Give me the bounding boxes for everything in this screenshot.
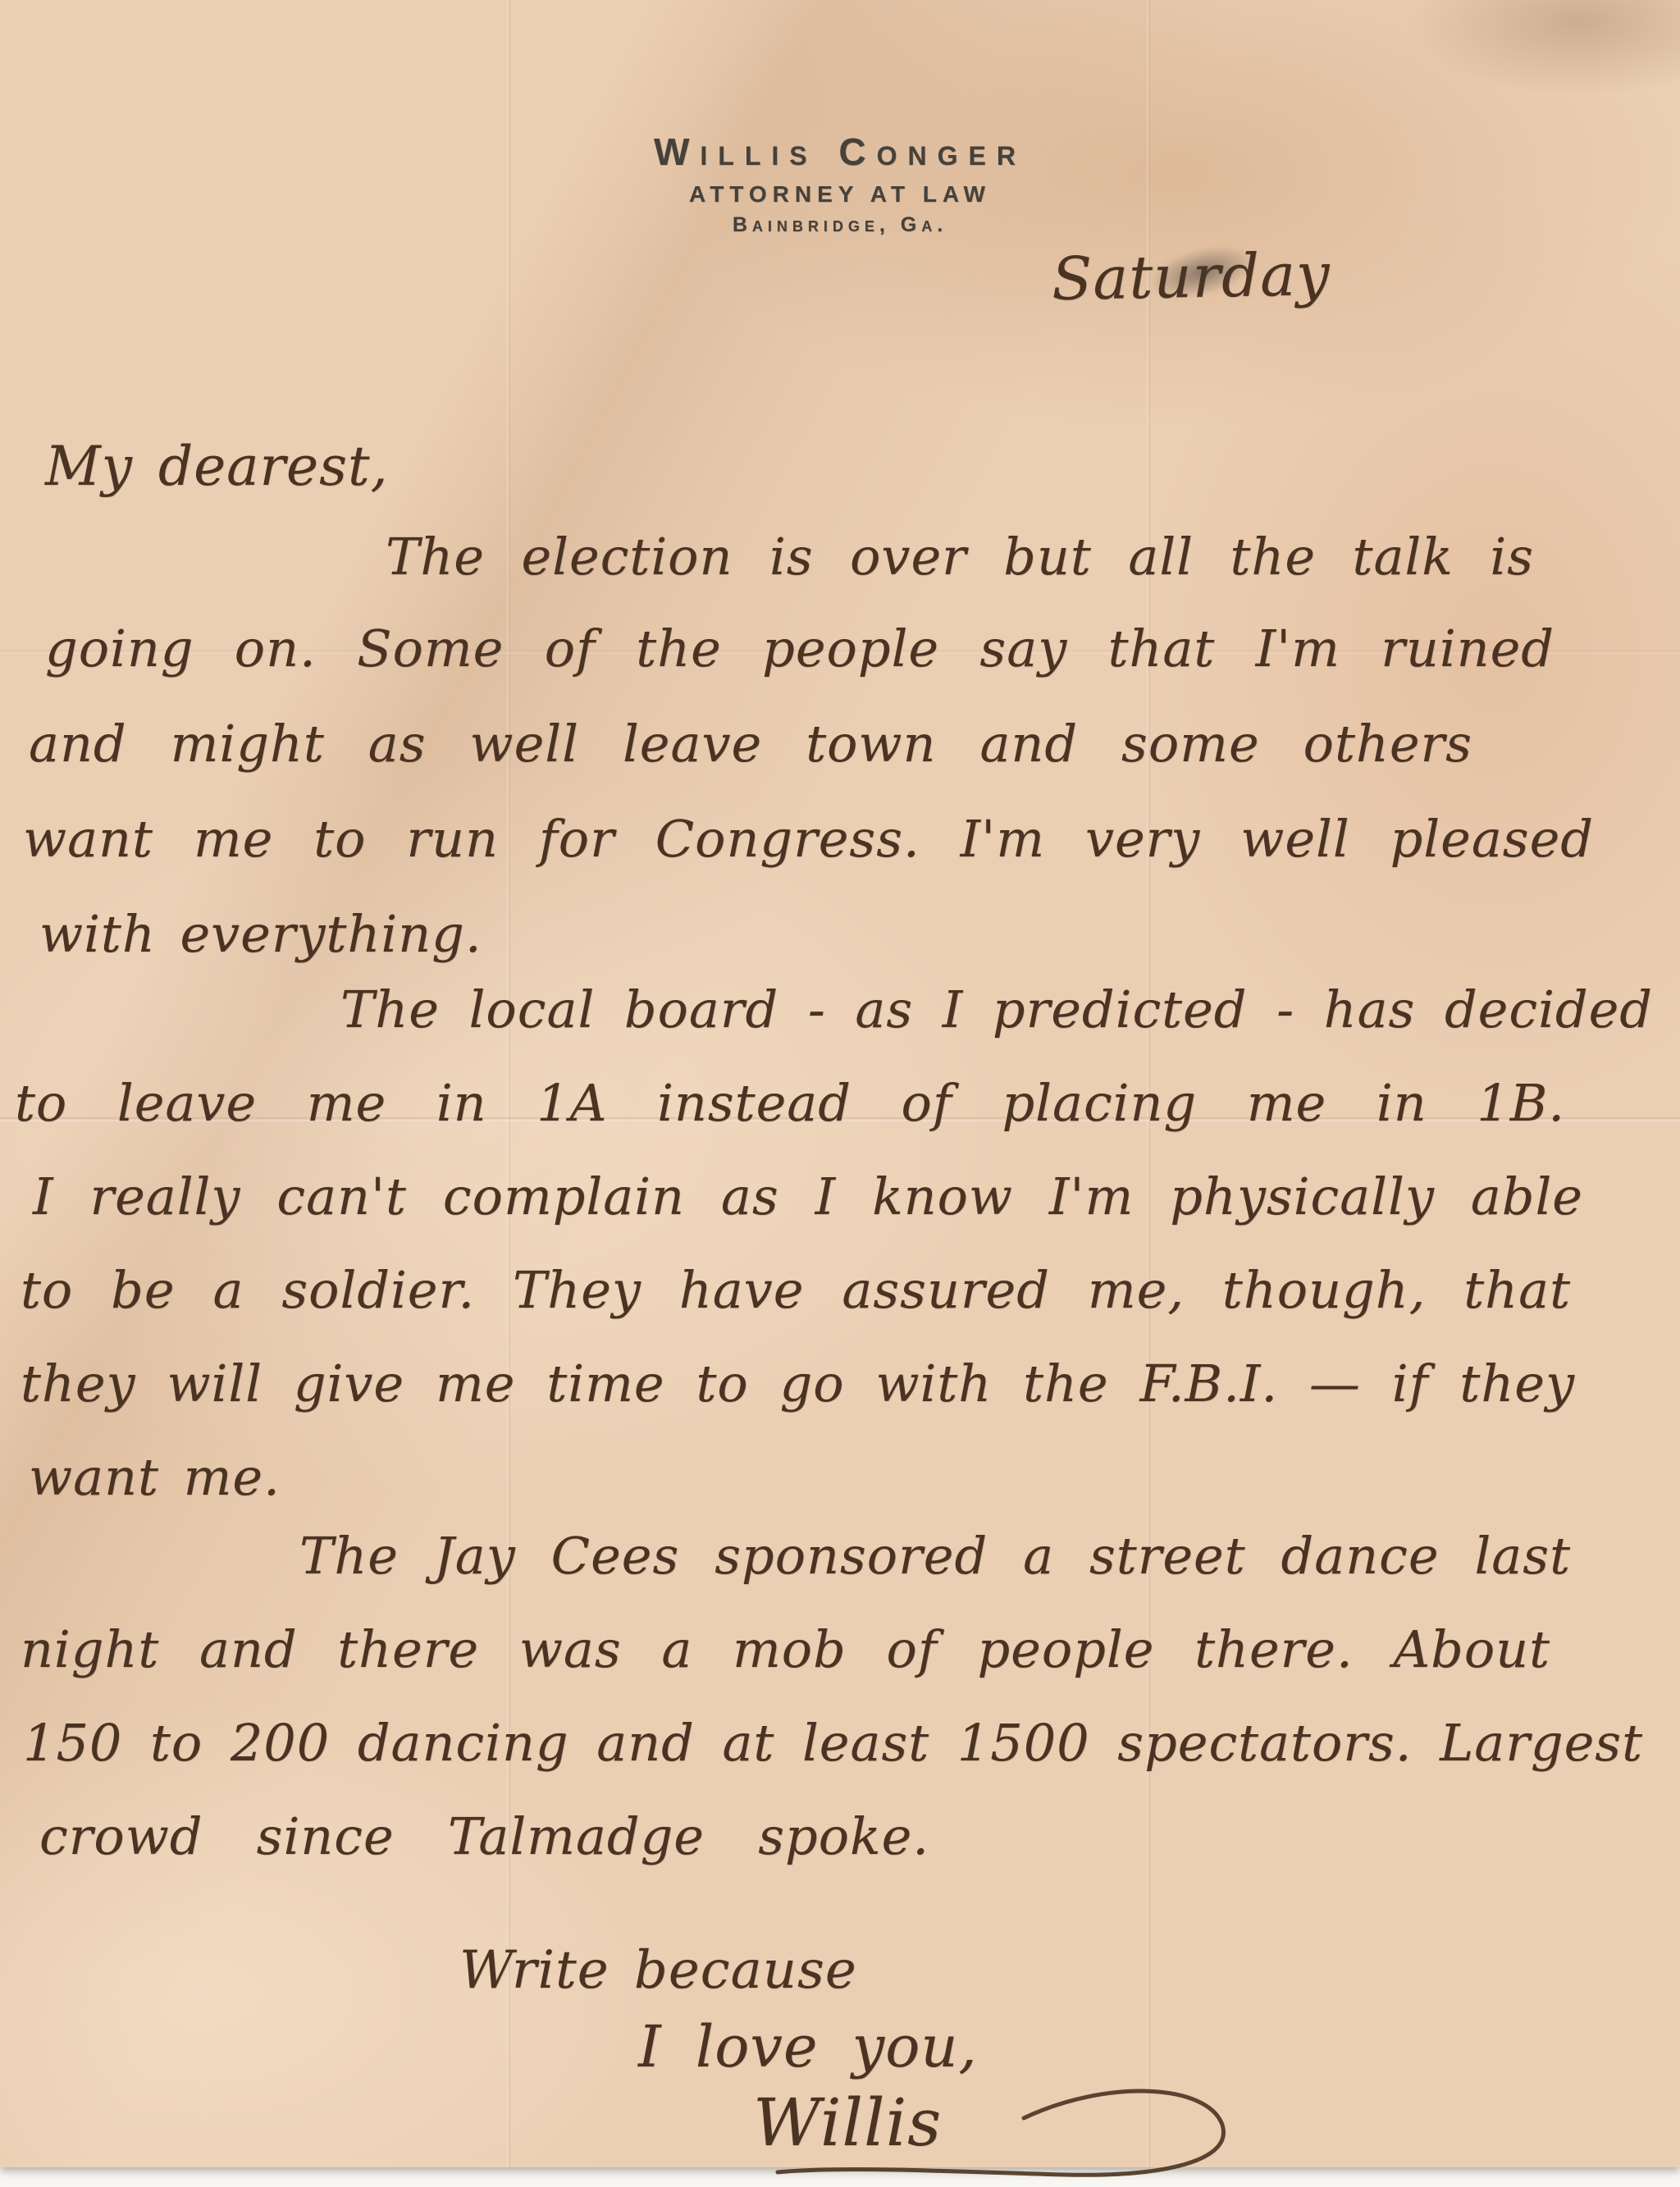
body-line-5: with everything.: [39, 902, 482, 966]
signature-flourish: [722, 2067, 1280, 2187]
body-line-8: I really can't complain as I know I'm ph…: [33, 1165, 1583, 1229]
letterhead: Willis Conger Attorney at Law Bainbridge…: [0, 130, 1680, 237]
body-line-1: The election is over but all the talk is: [386, 525, 1534, 589]
scanned-letter: Willis Conger Attorney at Law Bainbridge…: [0, 0, 1680, 2187]
body-line-14: 150 to 200 dancing and at least 1500 spe…: [23, 1711, 1643, 1775]
body-line-4: want me to run for Congress. I'm very we…: [23, 807, 1594, 871]
body-line-10: they will give me time to go with the F.…: [21, 1352, 1575, 1416]
letterhead-name: Willis Conger: [0, 130, 1680, 174]
letterhead-title: Attorney at Law: [0, 181, 1680, 208]
letterhead-city: Bainbridge, Ga.: [0, 213, 1680, 237]
closing-line-write: Write because: [459, 1938, 857, 2003]
salutation: My dearest,: [45, 433, 388, 501]
body-line-15: crowd since Talmadge spoke.: [39, 1805, 929, 1869]
body-line-2: going on. Some of the people say that I'…: [45, 617, 1554, 681]
body-line-7: to leave me in 1A instead of placing me …: [15, 1071, 1565, 1135]
body-line-6: The local board - as I predicted - has d…: [340, 978, 1653, 1042]
letter-paper: Willis Conger Attorney at Law Bainbridge…: [0, 0, 1680, 2167]
body-line-12: The Jay Cees sponsored a street dance la…: [299, 1524, 1571, 1588]
body-line-13: night and there was a mob of people ther…: [21, 1618, 1550, 1682]
body-line-9: to be a soldier. They have assured me, t…: [21, 1258, 1571, 1322]
body-line-3: and might as well leave town and some ot…: [29, 712, 1472, 776]
body-line-11: want me.: [29, 1445, 281, 1509]
